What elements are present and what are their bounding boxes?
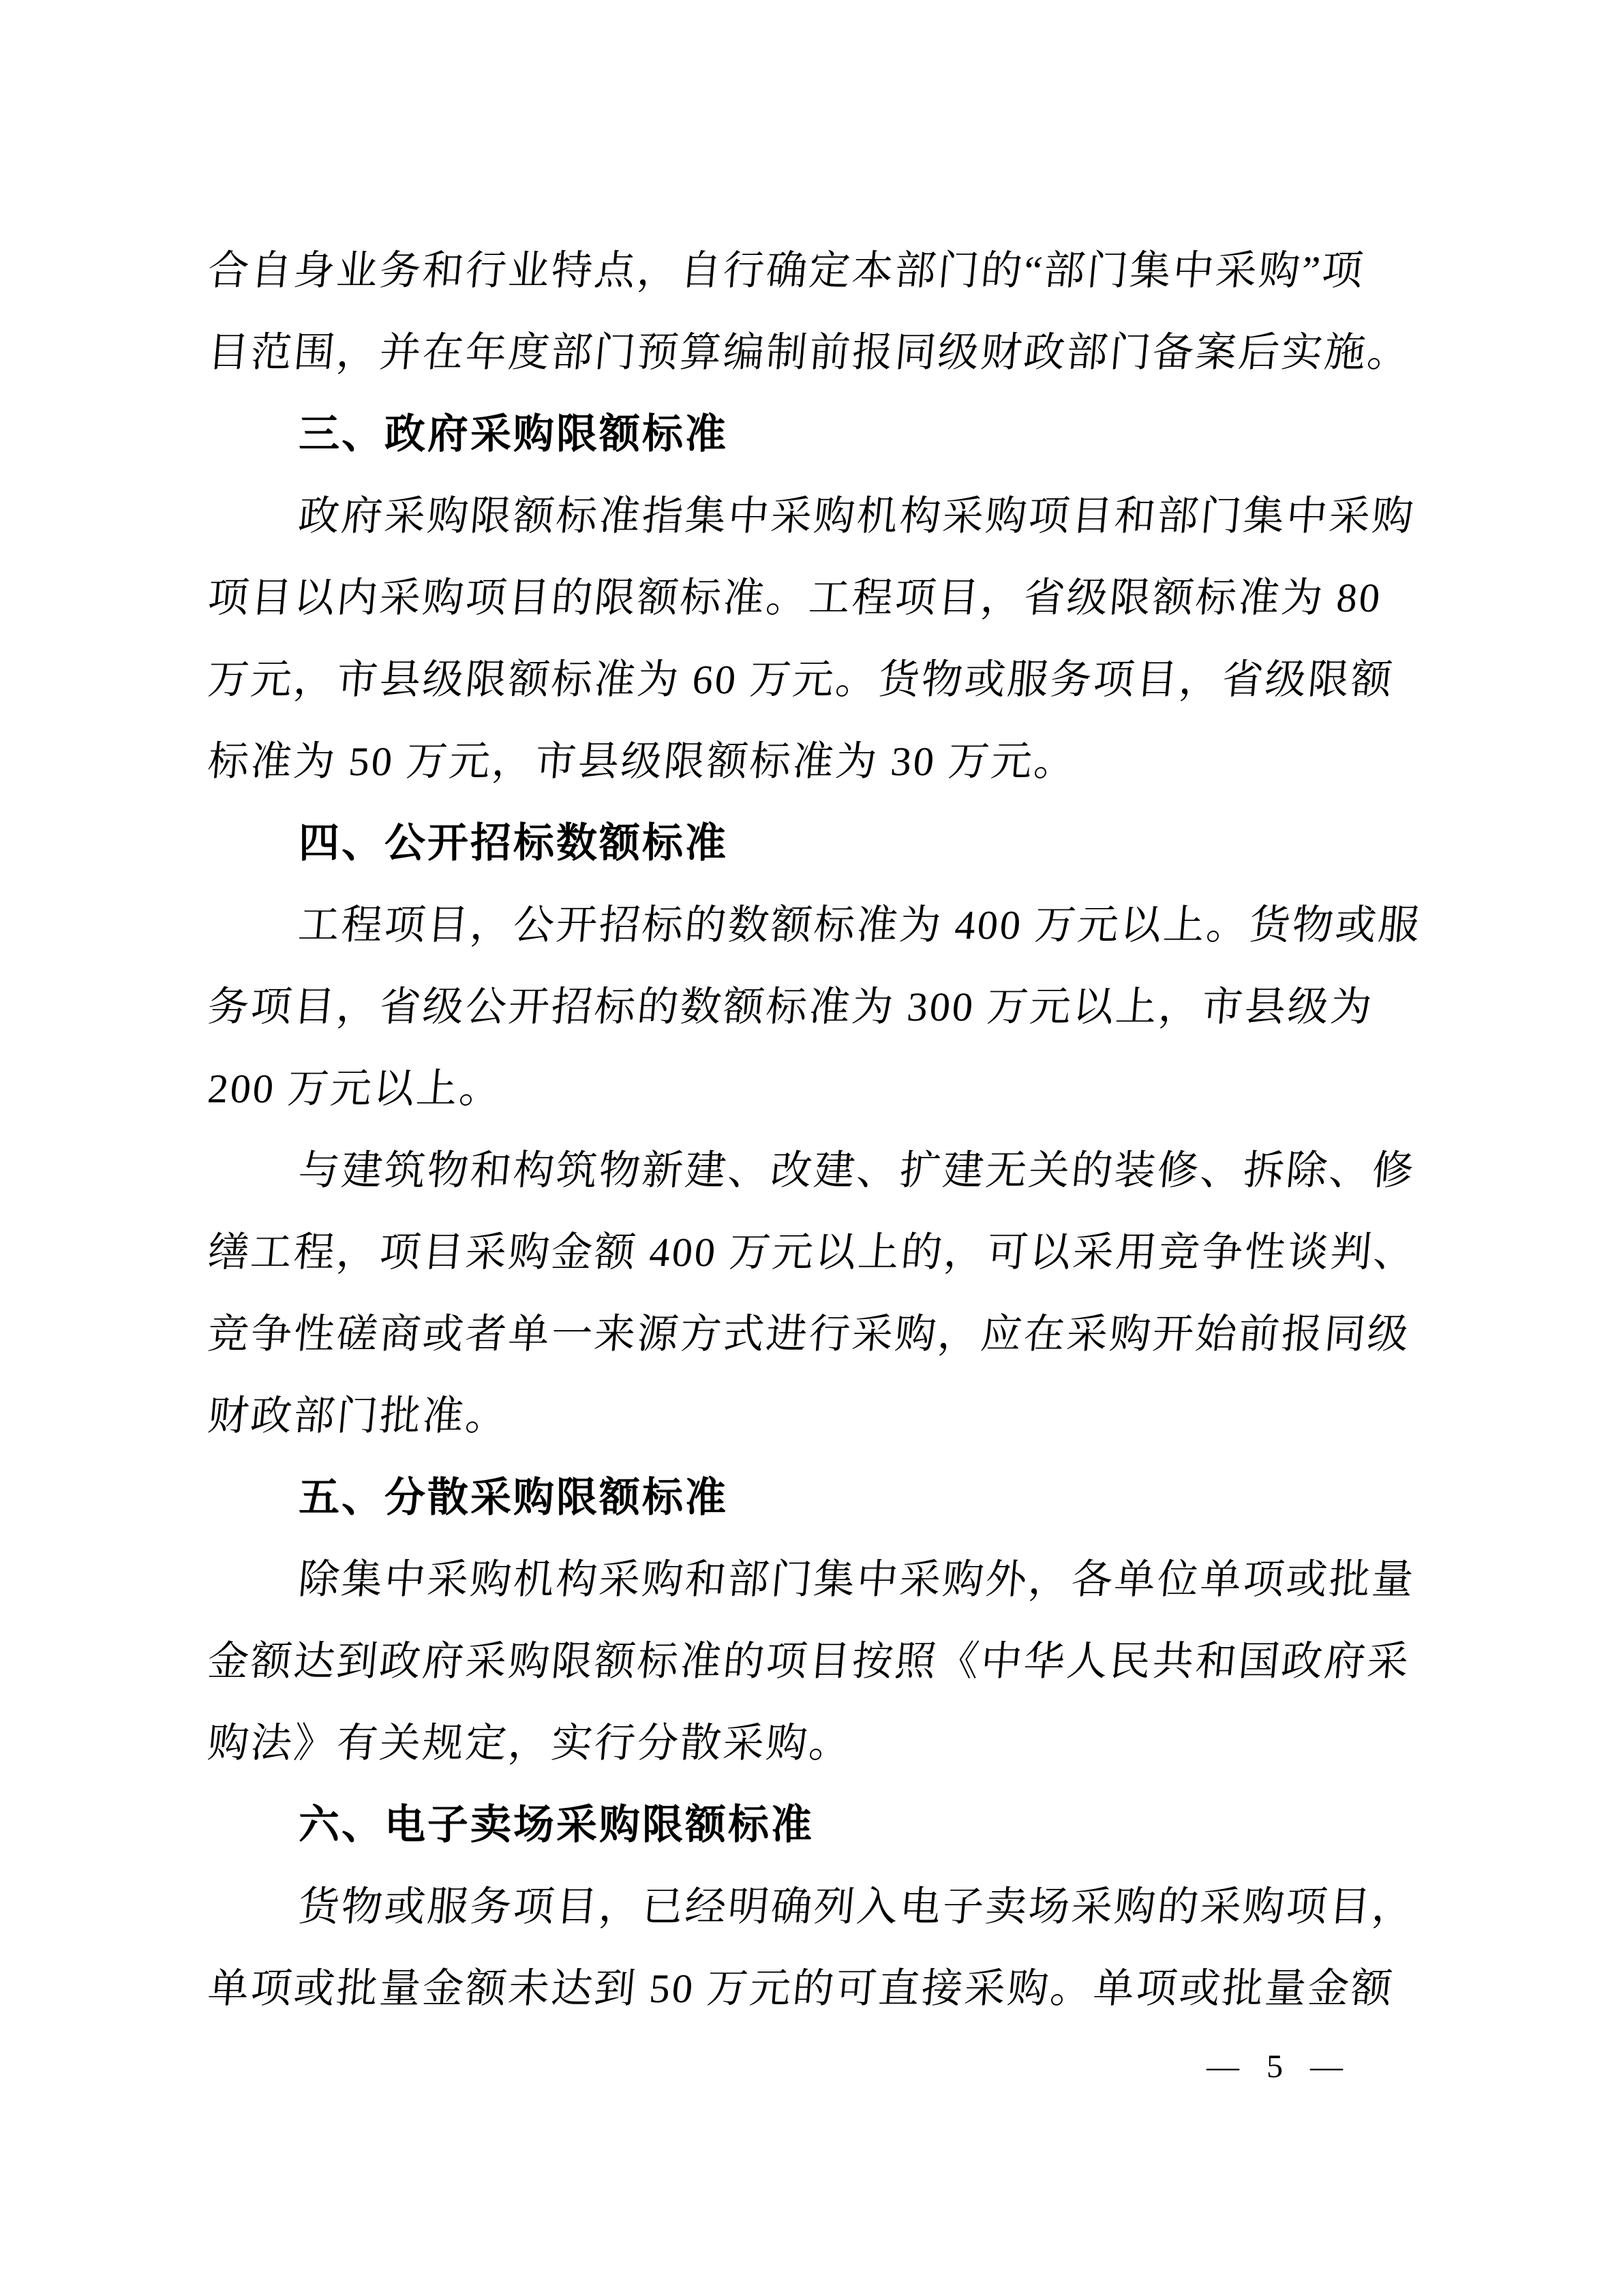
body-text-line: 购法》有关规定，实行分散采购。 [204,1702,1431,1784]
body-text-line: 与建筑物和构筑物新建、改建、扩建无关的装修、拆除、修 [204,1130,1431,1211]
body-text-line: 货物或服务项目，已经明确列入电子卖场采购的采购项目， [204,1866,1431,1948]
body-text-line: 万元，市县级限额标准为 60 万元。货物或服务项目，省级限额 [204,639,1431,721]
body-text-line: 单项或批量金额未达到 50 万元的可直接采购。单项或批量金额 [204,1948,1431,2029]
document-text-block: 合自身业务和行业特点，自行确定本部门的“部门集中采购”项 目范围，并在年度部门预… [208,230,1428,2029]
body-text-line: 工程项目，公开招标的数额标准为 400 万元以上。货物或服 [204,884,1431,966]
body-text-line: 竞争性磋商或者单一来源方式进行采购，应在采购开始前报同级 [204,1293,1431,1375]
page-number: — 5 — [1152,2026,1397,2108]
body-text-line: 金额达到政府采购限额标准的项目按照《中华人民共和国政府采 [204,1620,1431,1702]
document-page: 合自身业务和行业特点，自行确定本部门的“部门集中采购”项 目范围，并在年度部门预… [0,0,1623,2296]
body-text-line: 财政部门批准。 [204,1375,1431,1457]
body-text-line: 项目以内采购项目的限额标准。工程项目，省级限额标准为 80 [204,557,1431,639]
body-text-line: 务项目，省级公开招标的数额标准为 300 万元以上，市县级为 [204,966,1431,1048]
body-text-line: 标准为 50 万元，市县级限额标准为 30 万元。 [204,721,1431,802]
body-text-line: 缮工程，项目采购金额 400 万元以上的，可以采用竞争性谈判、 [204,1211,1431,1293]
body-text-line: 除集中采购机构采购和部门集中采购外，各单位单项或批量 [204,1539,1431,1620]
section-heading-3: 三、政府采购限额标准 [208,393,1428,475]
body-text-line: 目范围，并在年度部门预算编制前报同级财政部门备案后实施。 [204,312,1431,393]
section-heading-5: 五、分散采购限额标准 [208,1457,1428,1539]
body-text-line: 200 万元以上。 [204,1048,1431,1130]
body-text-line: 政府采购限额标准指集中采购机构采购项目和部门集中采购 [204,475,1431,557]
section-heading-4: 四、公开招标数额标准 [208,802,1428,884]
section-heading-6: 六、电子卖场采购限额标准 [208,1784,1428,1866]
body-text-line: 合自身业务和行业特点，自行确定本部门的“部门集中采购”项 [204,230,1431,312]
